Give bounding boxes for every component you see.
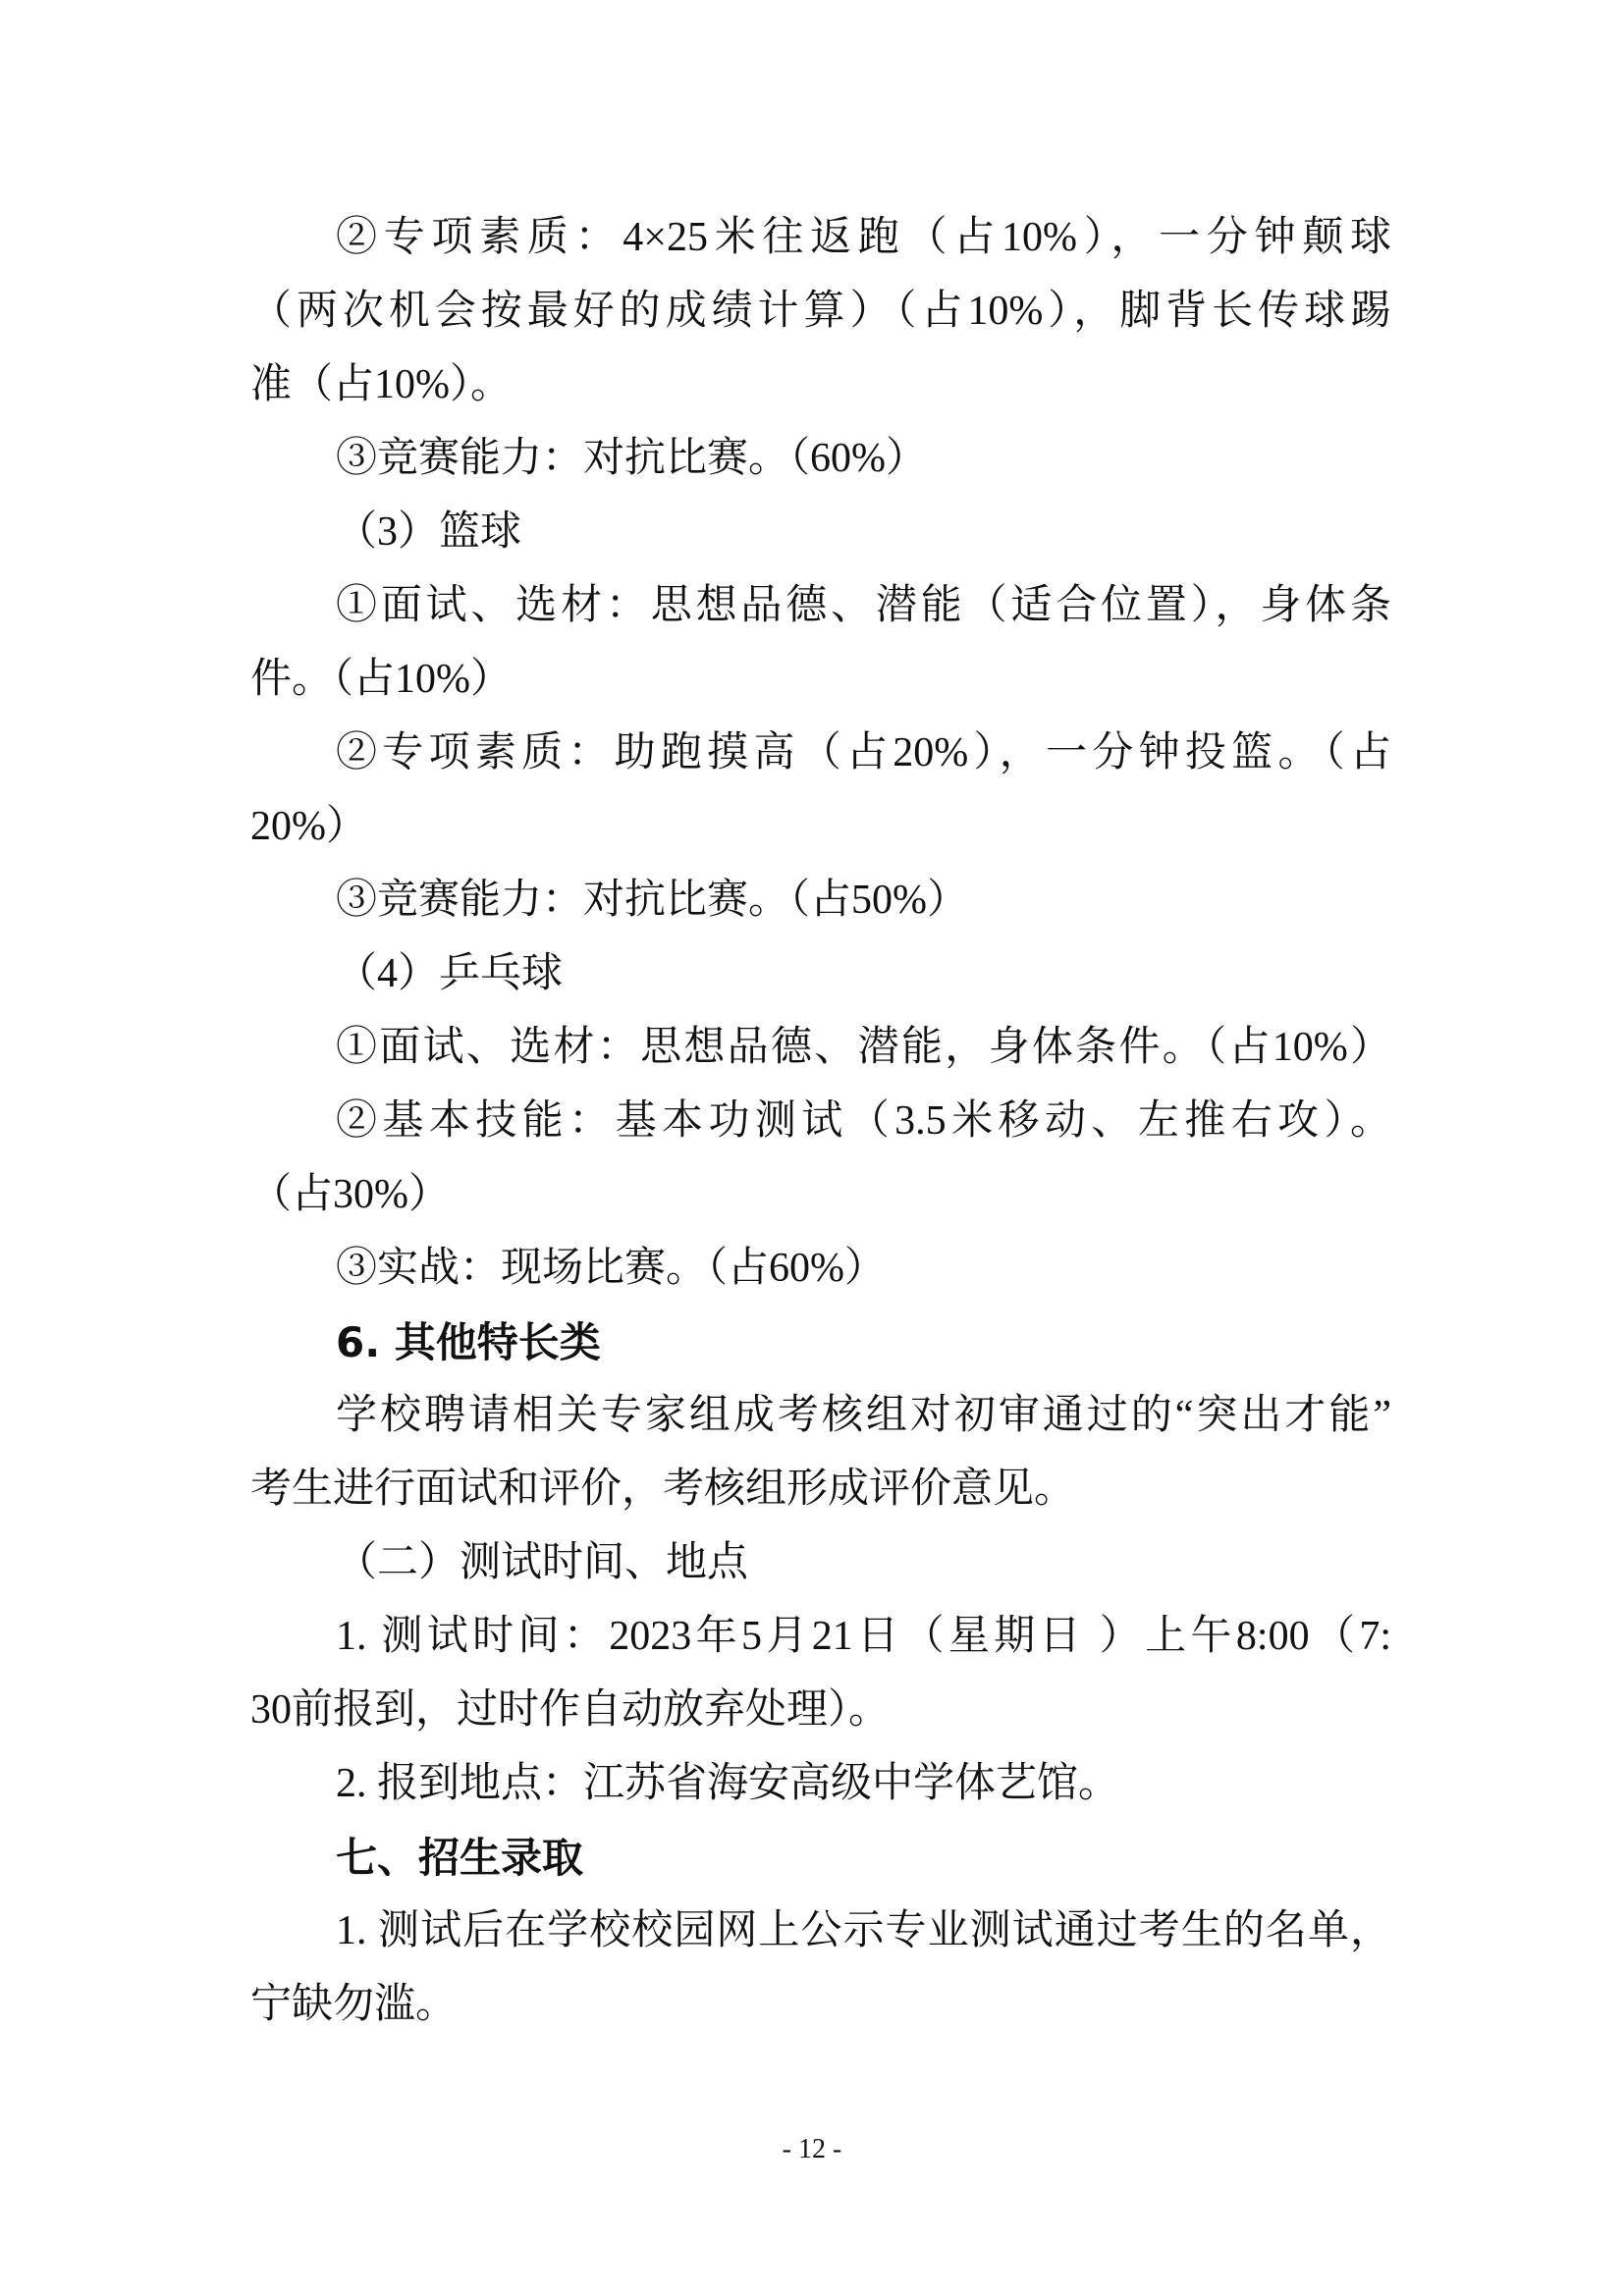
- paragraph-line: （两次机会按最好的成绩计算）（占10%），脚背长传球踢: [250, 275, 1391, 348]
- paragraph-line: 考生进行面试和评价，考核组形成评价意见。: [250, 1453, 1391, 1526]
- paragraph-line: （占30%）: [250, 1158, 1391, 1232]
- paragraph-line: 学校聘请相关专家组成考核组对初审通过的“突出才能”: [336, 1379, 1391, 1453]
- subsection-heading-table-tennis: （4）乒乓球: [336, 937, 1391, 1011]
- subsection-heading-basketball: （3）篮球: [336, 496, 1391, 569]
- section-heading-other-talents: 6. 其他特长类: [336, 1306, 1391, 1379]
- paragraph-line: ③实战：现场比赛。（占60%）: [336, 1232, 1391, 1306]
- section-heading-admission: 七、招生录取: [336, 1821, 1391, 1895]
- subsection-heading-time-place: （二）测试时间、地点: [336, 1526, 1391, 1600]
- paragraph-line: 1. 测试后在学校校园网上公示专业测试通过考生的名单，: [336, 1895, 1391, 1968]
- paragraph-line: 宁缺勿滥。: [250, 1968, 1391, 2042]
- paragraph-line: ②专项素质：助跑摸高（占20%），一分钟投篮。（占: [336, 717, 1391, 790]
- paragraph-line: ②基本技能：基本功测试（3.5米移动、左推右攻）。: [336, 1085, 1391, 1158]
- paragraph-line: ③竞赛能力：对抗比赛。（占50%）: [336, 864, 1391, 937]
- paragraph-line: 2. 报到地点：江苏省海安高级中学体艺馆。: [336, 1747, 1391, 1821]
- paragraph-line: 准（占10%）。: [250, 348, 1391, 422]
- paragraph-line: 件。（占10%）: [250, 643, 1391, 717]
- paragraph-line: ①面试、选材：思想品德、潜能（适合位置），身体条: [336, 569, 1391, 643]
- paragraph-line: 30前报到，过时作自动放弃处理）。: [250, 1674, 1391, 1747]
- page-number: - 12 -: [0, 2130, 1624, 2169]
- paragraph-line: ①面试、选材：思想品德、潜能，身体条件。（占10%）: [336, 1011, 1391, 1085]
- paragraph-line: ③竞赛能力：对抗比赛。（60%）: [336, 422, 1391, 496]
- paragraph-line: 20%）: [250, 790, 1391, 864]
- document-page: ②专项素质：4×25米往返跑（占10%），一分钟颠球 （两次机会按最好的成绩计算…: [0, 0, 1624, 2296]
- paragraph-line: 1. 测试时间：2023年5月21日（星期日 ）上午8:00（7:: [336, 1600, 1391, 1674]
- paragraph-line: ②专项素质：4×25米往返跑（占10%），一分钟颠球: [336, 201, 1391, 275]
